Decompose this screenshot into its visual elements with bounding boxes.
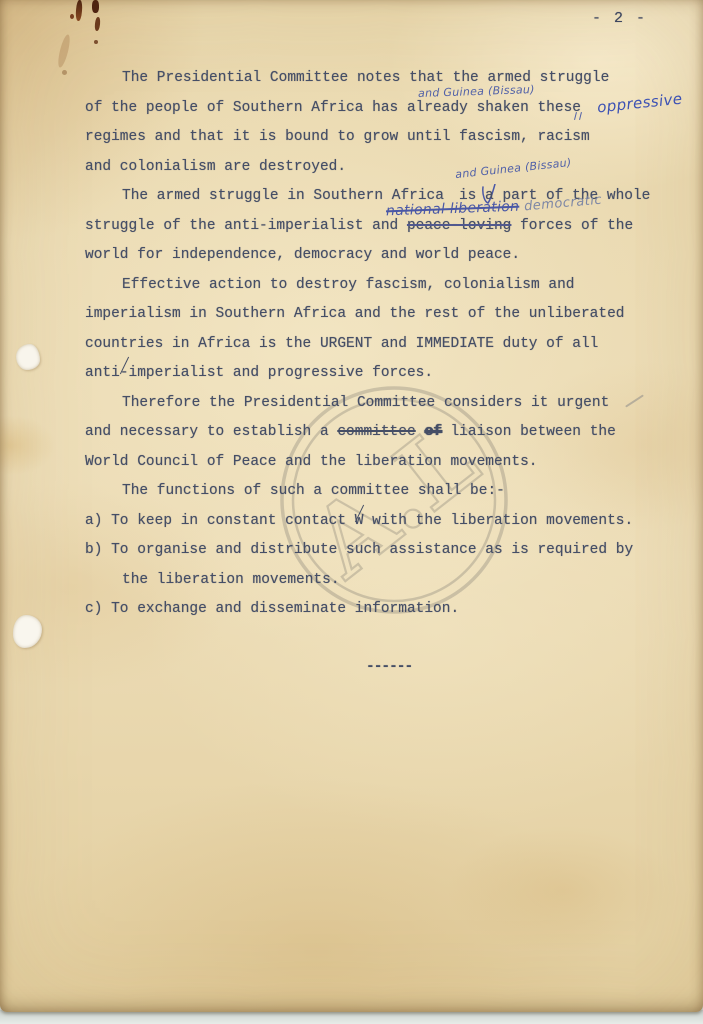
page-number: - 2 -	[592, 10, 647, 27]
typed-line: anti-imperialist and progressive forces.	[85, 359, 670, 389]
struck-word: of	[424, 424, 441, 440]
typed-line: and colonialism are destroyed.	[85, 153, 670, 183]
struck-word: peace-loving	[407, 218, 511, 234]
typed-segment: liaison between the	[442, 424, 616, 440]
typed-line: The Presidential Committee notes that th…	[85, 64, 670, 94]
ink-stain	[62, 70, 67, 75]
slashed-hyphen: -	[120, 359, 129, 389]
typed-line: struggle of the anti-imperialist and pea…	[85, 212, 670, 242]
typed-segment: anti	[85, 365, 120, 381]
typed-line: regimes and that it is bound to grow unt…	[85, 123, 670, 153]
typed-line: b) To organise and distribute such assis…	[85, 536, 670, 566]
struck-word: committee	[337, 424, 415, 440]
scan-background-strip	[0, 1010, 703, 1024]
ink-stain	[94, 40, 98, 44]
typed-text-block: The Presidential Committee notes that th…	[85, 64, 670, 682]
typed-segment: The armed struggle in Southern Africa	[122, 188, 444, 204]
typed-segment: and necessary to establish a	[85, 424, 337, 440]
typed-line: the liberation movements.	[85, 566, 670, 596]
ink-stain	[70, 14, 74, 19]
typed-line: a) To keep in constant contact W with th…	[85, 507, 670, 537]
scanned-document-page: A.L - 2 - The Presidential Committee not…	[0, 0, 703, 1024]
insertion-marks	[573, 112, 585, 122]
typed-line: c) To exchange and disseminate informati…	[85, 595, 670, 625]
typed-line: World Council of Peace and the liberatio…	[85, 448, 670, 478]
typed-line: Therefore the Presidential Committee con…	[85, 389, 670, 419]
typed-segment: with the liberation movements.	[363, 513, 633, 529]
end-divider: ------	[85, 653, 670, 683]
paper-hole	[16, 344, 40, 370]
struck-character: W	[355, 507, 364, 537]
typed-line: Effective action to destroy fascism, col…	[85, 271, 670, 301]
typed-line: imperialism in Southern Africa and the r…	[85, 300, 670, 330]
typed-segment: struggle of the anti-imperialist and	[85, 218, 407, 234]
typed-line: world for independence, democracy and wo…	[85, 241, 670, 271]
typed-segment: forces of the	[511, 218, 633, 234]
typed-segment: imperialist and progressive forces.	[129, 365, 434, 381]
ink-stain	[92, 0, 99, 13]
typed-line: The functions of such a committee shall …	[85, 477, 670, 507]
typed-segment: a) To keep in constant contact	[85, 513, 355, 529]
typed-line: and necessary to establish a committee o…	[85, 418, 670, 448]
typed-line: countries in Africa is the URGENT and IM…	[85, 330, 670, 360]
